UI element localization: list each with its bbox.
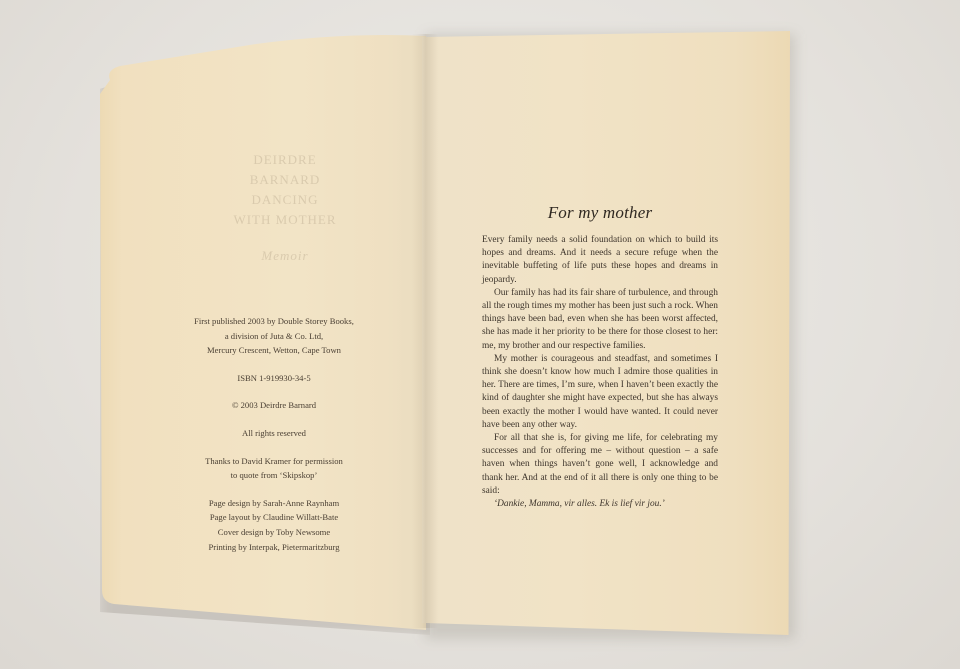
paragraph: For all that she is, for giving me life,… [482, 432, 718, 498]
dedication-title: For my mother [482, 203, 718, 223]
ghost-line: WITH MOTHER [205, 210, 365, 230]
publisher-line: Mercury Crescent, Wetton, Cape Town [178, 343, 370, 358]
credit-line: Page design by Sarah-Anne Raynham [178, 496, 370, 511]
credit-line: Printing by Interpak, Pietermaritzburg [178, 540, 370, 555]
credit-line: Page layout by Claudine Willatt-Bate [178, 510, 370, 525]
credit-line: Cover design by Toby Newsome [178, 525, 370, 540]
imprint-block: First published 2003 by Double Storey Bo… [178, 314, 370, 554]
thanks-line: Thanks to David Kramer for permission [178, 454, 370, 469]
paragraph: Every family needs a solid foundation on… [482, 234, 718, 287]
copyright-notice: © 2003 Deirdre Barnard [178, 398, 370, 413]
show-through-text: DEIRDRE BARNARD DANCING WITH MOTHER Memo… [205, 150, 365, 266]
isbn: ISBN 1-919930-34-5 [178, 371, 370, 386]
ghost-line: Memoir [205, 246, 365, 266]
thanks-line: to quote from ‘Skipskop’ [178, 468, 370, 483]
dedication-block: For my mother Every family needs a solid… [482, 203, 718, 511]
publisher-line: a division of Juta & Co. Ltd, [178, 329, 370, 344]
ghost-line: DEIRDRE [205, 150, 365, 170]
paragraph: My mother is courageous and steadfast, a… [482, 353, 718, 432]
book-spine [412, 34, 438, 628]
open-book: DEIRDRE BARNARD DANCING WITH MOTHER Memo… [0, 0, 960, 669]
publisher-line: First published 2003 by Double Storey Bo… [178, 314, 370, 329]
ghost-line: DANCING [205, 190, 365, 210]
paragraph: Our family has had its fair share of tur… [482, 287, 718, 353]
ghost-line: BARNARD [205, 170, 365, 190]
closing-quote: ‘Dankie, Mamma, vir alles. Ek is lief vi… [482, 498, 718, 511]
dedication-body: Every family needs a solid foundation on… [482, 234, 718, 511]
rights-notice: All rights reserved [178, 426, 370, 441]
